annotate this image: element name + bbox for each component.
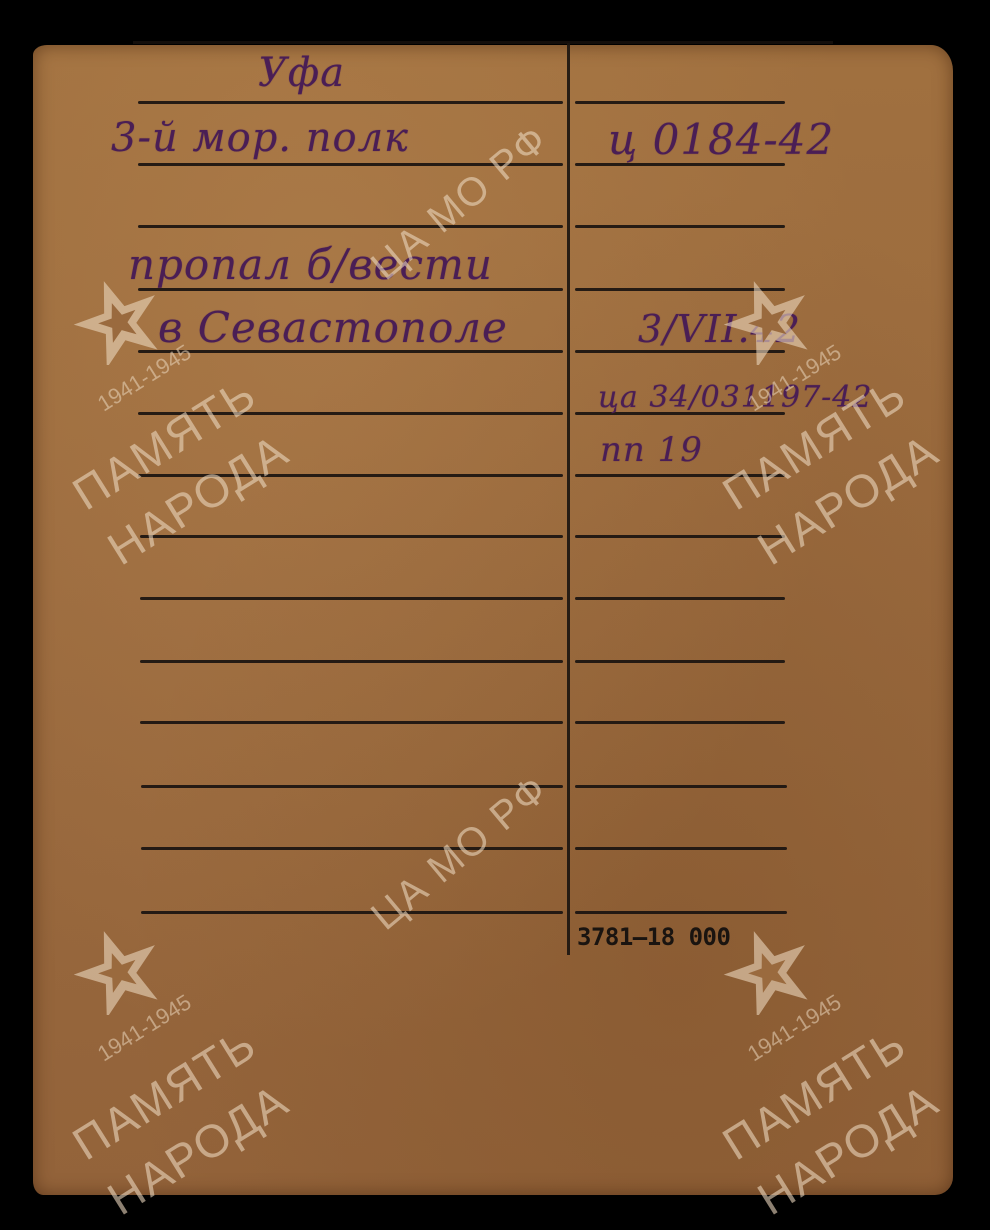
watermark-line1: ПАМЯТЬ (63, 1016, 266, 1171)
rule-right (575, 597, 785, 600)
star-icon (723, 925, 813, 1015)
print-run-stamp: 3781—18 000 (577, 923, 730, 951)
rule-right (575, 225, 785, 228)
watermark-line2: НАРОДА (748, 423, 948, 576)
watermark-line1: ПАМЯТЬ (713, 1016, 916, 1171)
watermark-line2: НАРОДА (748, 1073, 948, 1226)
rule-left (140, 721, 563, 724)
handwritten-page: пп 19 (600, 430, 703, 470)
rule-right (575, 660, 785, 663)
rule-right (575, 288, 785, 291)
rule-right (575, 101, 785, 104)
rule-left (140, 597, 563, 600)
rule-left (140, 535, 563, 538)
watermark-pamyat-naroda: 1941-1945 ПАМЯТЬ НАРОДА (703, 925, 973, 1185)
rule-right (575, 785, 787, 788)
rule-right (575, 535, 785, 538)
rule-right (575, 474, 785, 477)
card-top-rule (133, 41, 833, 44)
column-divider (567, 43, 570, 955)
handwritten-archive-ref: ца 34/031197-42 (598, 380, 872, 415)
handwritten-order-number: ц 0184-42 (608, 115, 834, 164)
rule-left (140, 660, 563, 663)
watermark-years: 1941-1945 (743, 989, 846, 1067)
rule-left (141, 911, 563, 914)
watermark-pamyat-naroda: 1941-1945 ПАМЯТЬ НАРОДА (53, 925, 323, 1185)
watermark-line1: ПАМЯТЬ (63, 366, 266, 521)
rule-left (138, 474, 563, 477)
handwritten-unit: 3-й мор. полк (111, 115, 409, 161)
handwritten-city: Уфа (258, 50, 345, 96)
archive-card: Уфа 3-й мор. полк пропал б/вести в Севас… (33, 45, 953, 1195)
rule-left (138, 101, 563, 104)
handwritten-place: в Севастополе (158, 303, 508, 352)
star-icon (73, 925, 163, 1015)
rule-right (575, 847, 787, 850)
watermark-line2: НАРОДА (98, 1073, 298, 1226)
rule-left (138, 225, 563, 228)
watermark-years: 1941-1945 (93, 989, 196, 1067)
rule-left (138, 412, 563, 415)
watermark-line2: НАРОДА (98, 423, 298, 576)
rule-right (575, 911, 787, 914)
handwritten-date: 3/VII.42 (638, 307, 801, 351)
rule-right (575, 721, 785, 724)
rule-left (141, 785, 563, 788)
